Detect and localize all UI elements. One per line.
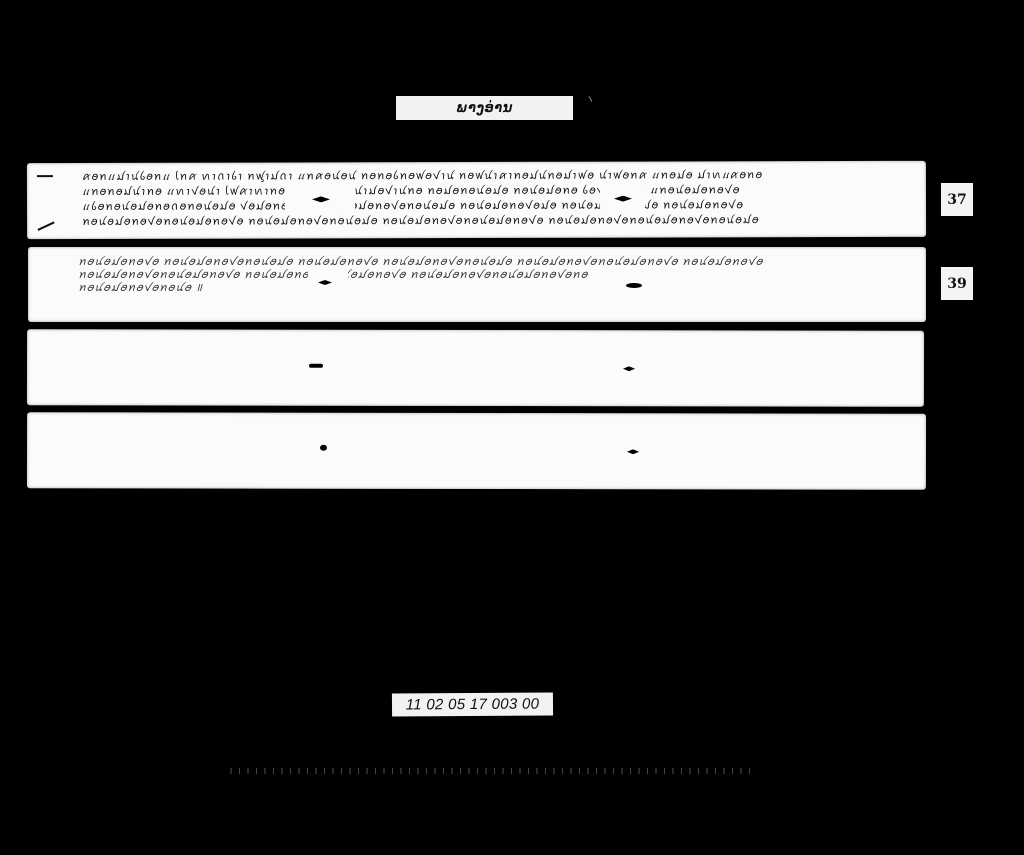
margin-mark bbox=[37, 175, 53, 177]
scan-speck bbox=[589, 96, 593, 102]
script-line: ꪀꪮꪙꪮꪣꪮꪀꪮꪚꪮ ꪀꪮꪙꪮꪣꪮꪀꪮꪚꪮꪀꪮꪙꪮꪣꪮ ꪀꪮꪙꪮꪣꪮꪀꪮꪚꪮ ꪀ… bbox=[78, 256, 903, 268]
catalog-id-label: 11 02 05 17 003 00 bbox=[392, 692, 553, 716]
script-line: ꪀꪮꪙꪮꪣꪮꪀꪮꪚꪮꪀꪮꪙꪮꪣꪮꪀꪮꪚꪮ ꪀꪮꪙꪮꪣꪮꪀꪮꪚꪮꪀꪮꪙꪮꪣꪮꪀꪮꪚ… bbox=[78, 269, 903, 281]
page-number: 39 bbox=[947, 276, 966, 292]
script-line: ꪀꪮꪙꪮꪣꪮꪀꪮꪚꪮꪀꪮꪙꪮꪣꪮꪀꪮꪚꪮ ꪀꪮꪙꪮꪣꪮꪀꪮꪚꪮꪀꪮꪙꪮꪣꪮ ꪀꪮ… bbox=[82, 214, 904, 228]
palm-leaf-3-blank bbox=[27, 329, 924, 407]
page-number: 37 bbox=[947, 192, 966, 208]
palm-leaf-4-blank bbox=[27, 412, 926, 490]
hole-gap bbox=[308, 267, 348, 281]
manuscript-title-label: ພາງອ່ານ bbox=[396, 96, 573, 120]
string-hole bbox=[623, 366, 635, 371]
palm-leaf-1: ꪁꪮꪀꪵꪣꪱꪙꪉꪮꪀꪵ ꪶꪀꪁ ꪕꪱꪒꪱꪉꪱ ꪀꪟꪱꪣꪒꪱ ꪵꪀꪁꪮꪙꪮꪙ ꪀꪮ… bbox=[27, 161, 926, 239]
hole-gap bbox=[610, 267, 650, 281]
script-line: ꪀꪮꪙꪮꪣꪮꪀꪮꪚꪮꪀꪮꪙꪮ ॥ bbox=[78, 282, 278, 294]
title-text: ພາງອ່ານ bbox=[456, 101, 512, 116]
palm-leaf-2: ꪀꪮꪙꪮꪣꪮꪀꪮꪚꪮ ꪀꪮꪙꪮꪣꪮꪀꪮꪚꪮꪀꪮꪙꪮꪣꪮ ꪀꪮꪙꪮꪣꪮꪀꪮꪚꪮ ꪀ… bbox=[28, 247, 926, 322]
string-hole bbox=[320, 445, 327, 451]
string-hole bbox=[626, 283, 642, 288]
string-hole bbox=[627, 449, 639, 454]
page-number-tag: 37 bbox=[941, 183, 973, 216]
page-number-tag: 39 bbox=[941, 267, 973, 300]
scan-noise bbox=[230, 768, 750, 774]
margin-mark bbox=[37, 221, 54, 230]
string-hole bbox=[309, 364, 323, 368]
script-line: ꪵꪀꪮꪀꪮꪣꪙꪱꪀꪮ ꪵꪕꪱꪚꪮꪙꪱ ꪶꪝꪁꪱꪕꪱꪀꪮꪒꪱ ꪀꪮ ꪉꪮꪀꪮꪙꪱꪣ… bbox=[82, 184, 904, 198]
catalog-id: 11 02 05 17 003 00 bbox=[406, 696, 540, 714]
script-line: ꪁꪮꪀꪵꪣꪱꪙꪉꪮꪀꪵ ꪶꪀꪁ ꪕꪱꪒꪱꪉꪱ ꪀꪟꪱꪣꪒꪱ ꪵꪀꪁꪮꪙꪮꪙ ꪀꪮ… bbox=[82, 169, 904, 183]
script-line: ꪵꪉꪮꪀꪮꪙꪮꪣꪮꪀꪮꪒꪮꪀꪮꪙꪮꪣꪮ ꪚꪮꪣꪮꪀꪮꪙꪮꪣꪮ ꪀꪮꪙꪮꪣꪮꪀꪮꪚ… bbox=[82, 199, 904, 213]
